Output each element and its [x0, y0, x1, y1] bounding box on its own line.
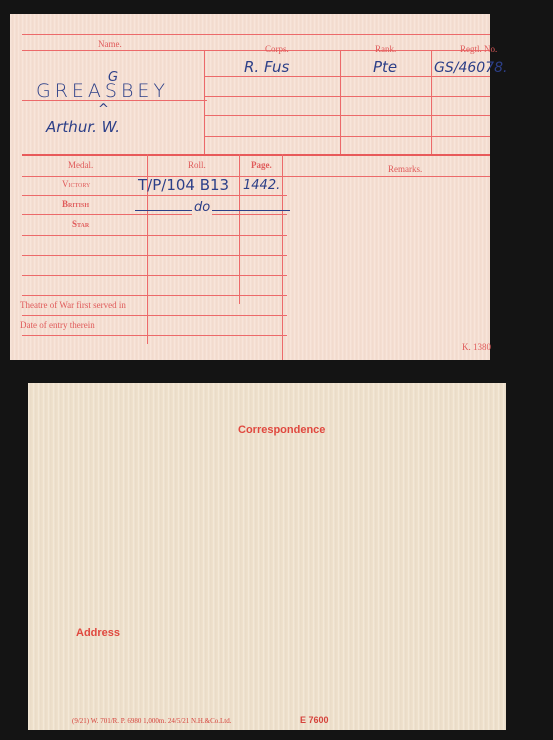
rule-line: [22, 235, 287, 236]
medal-victory-label: Victory: [62, 179, 90, 189]
medal-index-card-front: Name. Corps. Rank. Regtl. No. G GREASBEY…: [10, 14, 490, 360]
regtl-no-entry: GS/46078.: [434, 60, 507, 76]
rule-line: [22, 335, 287, 336]
column-divider: [239, 154, 240, 304]
rank-header: Rank.: [375, 44, 396, 54]
medal-star-label: Star: [72, 219, 89, 229]
rule-line: [205, 115, 490, 116]
rule-line: [22, 176, 490, 177]
address-heading: Address: [76, 627, 120, 639]
corps-header: Corps.: [265, 44, 289, 54]
insertion-caret: ^: [98, 102, 109, 117]
rank-entry: Pte: [373, 58, 397, 76]
print-line: (9/21) W. 701/R. P. 6980 1,000m. 24/5/21…: [72, 717, 231, 725]
rule-line: [22, 154, 490, 156]
medal-header: Medal.: [68, 160, 93, 170]
victory-roll-entry: T/P/104 B13: [138, 176, 229, 194]
page-header: Page.: [251, 160, 272, 170]
rule-line: [22, 295, 287, 296]
corps-entry: R. Fus: [244, 58, 289, 76]
form-code: K. 1380: [462, 342, 491, 352]
back-form-code: E 7600: [300, 715, 329, 725]
column-divider: [204, 50, 205, 154]
medal-british-label: British: [62, 199, 89, 209]
medal-index-card-back: Correspondence Address (9/21) W. 701/R. …: [28, 383, 506, 730]
forenames: Arthur. W.: [46, 118, 120, 136]
rule-line: [22, 34, 490, 35]
theatre-label: Theatre of War first served in: [20, 300, 126, 310]
rule-line: [22, 275, 287, 276]
rule-line: [22, 50, 490, 51]
correspondence-heading: Correspondence: [238, 424, 325, 436]
rule-line: [22, 255, 287, 256]
victory-page-entry: 1442.: [243, 178, 280, 193]
roll-header: Roll.: [188, 160, 206, 170]
rule-line: [22, 315, 287, 316]
column-divider: [282, 154, 283, 360]
column-divider: [340, 50, 341, 154]
rule-line: [22, 195, 287, 196]
column-divider: [431, 50, 432, 154]
surname: GREASBEY: [36, 80, 169, 102]
rule-line: [205, 96, 490, 97]
regtl-no-header: Regtl. No.: [460, 44, 497, 54]
rule-line: [205, 76, 490, 77]
ditto-line: [135, 210, 290, 211]
name-header: Name.: [98, 39, 122, 49]
british-roll-ditto: do: [192, 200, 212, 215]
date-entry-label: Date of entry therein: [20, 320, 95, 330]
remarks-header: Remarks.: [388, 164, 422, 174]
rule-line: [22, 214, 287, 215]
rule-line: [205, 136, 490, 137]
